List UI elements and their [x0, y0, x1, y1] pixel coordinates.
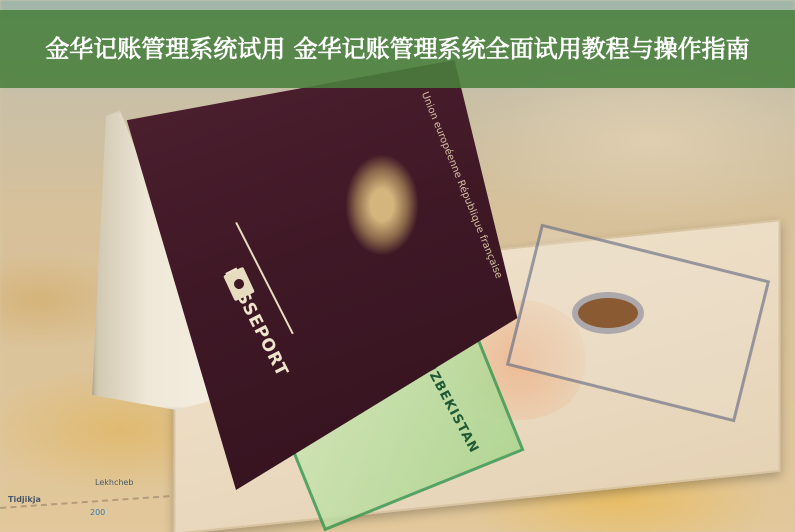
coat-of-arms-icon: [342, 150, 422, 260]
title-banner: 金华记账管理系统试用 金华记账管理系统全面试用教程与操作指南: [0, 10, 795, 88]
page-title: 金华记账管理系统试用 金华记账管理系统全面试用教程与操作指南: [15, 33, 779, 66]
visa-photo: [578, 298, 638, 328]
map-label: 200: [90, 508, 105, 517]
map-label: Lekhcheb: [95, 478, 133, 487]
map-label: Tidjikja: [8, 495, 41, 504]
